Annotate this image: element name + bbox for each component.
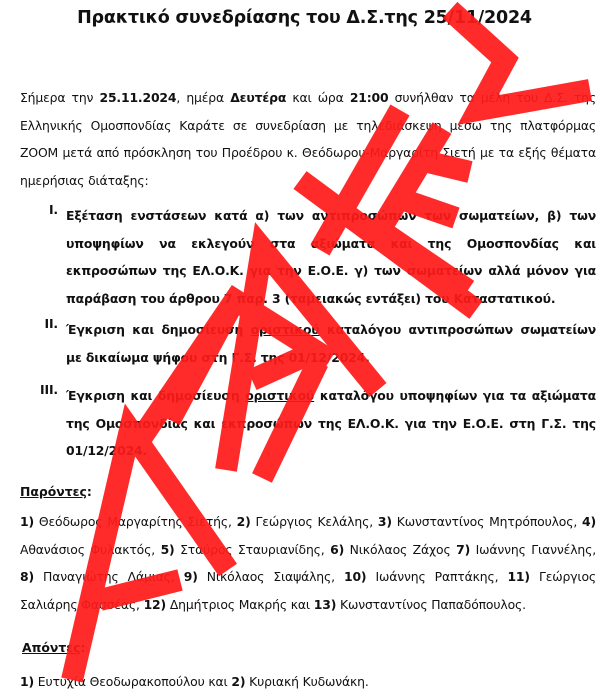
colon: :	[81, 640, 86, 655]
agenda-text: Εξέταση ενστάσεων κατά α) των αντιπροσώπ…	[66, 202, 596, 312]
absent-heading: Απόντες:	[22, 640, 85, 655]
member-number: 7)	[456, 542, 470, 557]
member-number: 1)	[20, 674, 34, 689]
member-name: Σταύρος Σταυριανίδης,	[175, 542, 331, 557]
member-name: Κωνσταντίνος Μητρόπουλος,	[392, 514, 582, 529]
member-number: 12)	[144, 597, 166, 612]
member-number: 2)	[237, 514, 251, 529]
member-name: Ιωάννης Ραπτάκης,	[366, 569, 507, 584]
member-name: Θεόδωρος Μαργαρίτης Σιετής,	[34, 514, 237, 529]
member-name: Κωνσταντίνος Παπαδόπουλος.	[336, 597, 526, 612]
member-number: 5)	[161, 542, 175, 557]
member-number: 1)	[20, 514, 34, 529]
member-number: 8)	[20, 569, 34, 584]
intro-text: και ώρα	[286, 90, 350, 105]
agenda-underlined: οριστικού	[245, 388, 314, 403]
member-number: 13)	[314, 597, 336, 612]
meeting-time: 21:00	[350, 90, 389, 105]
member-name: Νικόλαος Σιαψάλης,	[198, 569, 344, 584]
member-number: 10)	[344, 569, 366, 584]
member-name: Ευτυχία Θεοδωρακοπούλου και	[34, 674, 231, 689]
agenda-text: Έγκριση και δημοσίευση οριστικού καταλόγ…	[66, 316, 596, 371]
member-name: Αθανάσιος Φυλακτός,	[20, 542, 161, 557]
member-name: Γεώργιος Κελάλης,	[251, 514, 378, 529]
member-name: Ιωάννης Γιαννέλης,	[470, 542, 596, 557]
agenda-text-part: Εξέταση ενστάσεων κατά α) των αντιπροσώπ…	[66, 208, 596, 306]
agenda-number: I.	[20, 202, 58, 217]
present-members: 1) Θεόδωρος Μαργαρίτης Σιετής, 2) Γεώργι…	[20, 508, 596, 618]
member-number: 6)	[330, 542, 344, 557]
agenda-text-part: Έγκριση και δημοσίευση	[66, 388, 245, 403]
absent-heading-text: Απόντες	[22, 640, 81, 655]
agenda-text: Έγκριση και δημοσίευση οριστικού καταλόγ…	[66, 382, 596, 465]
meeting-day: Δευτέρα	[230, 90, 286, 105]
member-number: 11)	[507, 569, 529, 584]
member-name: Παναγιώτης Λάμιας,	[34, 569, 184, 584]
member-name: Δημήτριος Μακρής και	[166, 597, 314, 612]
intro-text: Σήμερα την	[20, 90, 99, 105]
absent-members: 1) Ευτυχία Θεοδωρακοπούλου και 2) Κυριακ…	[20, 668, 596, 696]
member-name: Κυριακή Κυδωνάκη.	[245, 674, 368, 689]
colon: :	[87, 484, 92, 499]
present-heading: Παρόντες:	[20, 484, 92, 499]
document-page: Πρακτικό συνεδρίασης του Δ.Σ.της 25/11/2…	[0, 0, 609, 696]
intro-text: , ημέρα	[176, 90, 230, 105]
member-number: 2)	[231, 674, 245, 689]
agenda-number: III.	[20, 382, 58, 397]
meeting-date: 25.11.2024	[99, 90, 176, 105]
member-name: Νικόλαος Ζάχος	[344, 542, 456, 557]
present-heading-text: Παρόντες	[20, 484, 87, 499]
document-title: Πρακτικό συνεδρίασης του Δ.Σ.της 25/11/2…	[0, 8, 609, 28]
agenda-underlined: οριστικού	[251, 322, 320, 337]
member-number: 9)	[184, 569, 198, 584]
member-number: 4)	[582, 514, 596, 529]
agenda-number: II.	[20, 316, 58, 331]
member-number: 3)	[378, 514, 392, 529]
agenda-text-part: Έγκριση και δημοσίευση	[66, 322, 251, 337]
intro-paragraph: Σήμερα την 25.11.2024, ημέρα Δευτέρα και…	[20, 84, 596, 194]
